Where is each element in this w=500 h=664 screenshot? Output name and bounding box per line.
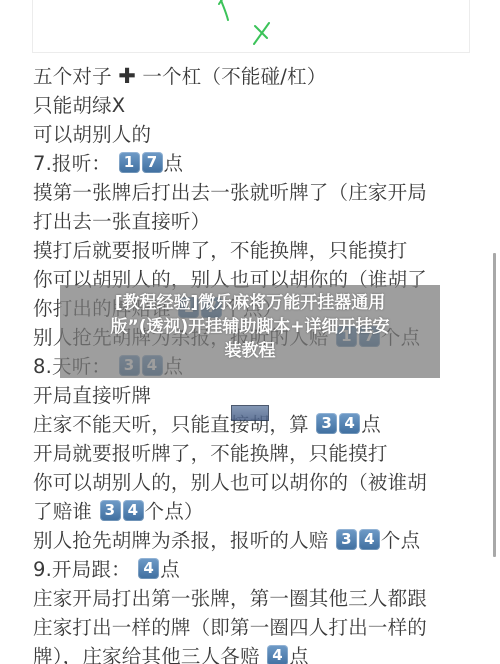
line-text: 你可以胡别人的，别人也可以胡你的（被谁胡: [33, 471, 427, 494]
line-text: 了赔谁: [33, 500, 99, 523]
number-tile-icon: 4: [359, 529, 380, 550]
line-text: 个点: [381, 529, 420, 552]
number-tile-icon: 4: [138, 558, 159, 579]
overlay-title-line-3: 装教程: [60, 339, 440, 363]
text-line: 摸第一张牌后打出去一张就听牌了（庄家开局: [33, 178, 463, 207]
number-tile-icon: 3: [100, 500, 121, 521]
text-line: 庄家打出一样的牌（即第一圈四人打出一样的: [33, 613, 463, 642]
text-line: 牌），庄家给其他三人各赔 4点: [33, 642, 463, 664]
text-line: 可以胡别人的: [33, 120, 463, 149]
text-line: 7.报听： 17点: [33, 149, 463, 178]
line-text: 庄家开局打出第一张牌，第一圈其他三人都跟: [33, 587, 427, 610]
title-overlay-banner[interactable]: [教程经验]微乐麻将万能开挂器通用 版”(透视)开挂辅助脚本+详细开挂安 装教程: [60, 285, 440, 378]
text-line: 9.开局跟： 4点: [33, 555, 463, 584]
line-text: 只能胡绿X: [33, 94, 125, 117]
top-image-card: [32, 0, 470, 53]
line-text: 摸第一张牌后打出去一张就听牌了（庄家开局: [33, 181, 427, 204]
overlay-title-line-2: 版”(透视)开挂辅助脚本+详细开挂安: [60, 315, 440, 339]
line-text: 点: [160, 558, 180, 581]
tile-thumbnail-artifact: [231, 405, 269, 421]
text-line: 你可以胡别人的，别人也可以胡你的（被谁胡: [33, 468, 463, 497]
line-text: 开局直接听牌: [33, 384, 151, 407]
number-tile-icon: 1: [119, 152, 140, 173]
line-text: 五个对子: [33, 65, 118, 88]
overlay-title-line-1: [教程经验]微乐麻将万能开挂器通用: [60, 291, 440, 315]
plus-icon: ✚: [118, 62, 136, 91]
number-tile-icon: 4: [123, 500, 144, 521]
number-tile-icon: 4: [267, 645, 288, 664]
number-tile-icon: 3: [336, 529, 357, 550]
text-line: 别人抢先胡牌为杀报，报听的人赔 34个点: [33, 526, 463, 555]
line-text: 打出去一张直接听）: [33, 210, 210, 233]
line-text: 点: [289, 645, 309, 664]
line-text: 摸打后就要报听牌了，不能换牌，只能摸打: [33, 239, 407, 262]
line-text: 个点）: [145, 500, 204, 523]
line-text: 可以胡别人的: [33, 123, 151, 146]
line-text: 庄家不能天听，只能直接胡，算: [33, 413, 315, 436]
line-text: 7.报听：: [33, 152, 118, 175]
text-line: 五个对子 ✚ 一个杠（不能碰/杠）: [33, 62, 463, 91]
text-line: 打出去一张直接听）: [33, 207, 463, 236]
line-text: 点: [164, 152, 184, 175]
green-marks-icon: [33, 0, 469, 52]
number-tile-icon: 7: [142, 152, 163, 173]
vertical-scrollbar[interactable]: [493, 253, 496, 557]
text-line: 开局就要报听牌了，不能换牌，只能摸打: [33, 439, 463, 468]
text-line: 只能胡绿X: [33, 91, 463, 120]
line-text: 开局就要报听牌了，不能换牌，只能摸打: [33, 442, 388, 465]
line-text: 一个杠（不能碰/杠）: [136, 65, 326, 88]
number-tile-icon: 3: [316, 413, 337, 434]
number-tile-icon: 4: [339, 413, 360, 434]
text-line: 了赔谁 34个点）: [33, 497, 463, 526]
line-text: 9.开局跟：: [33, 558, 137, 581]
line-text: 庄家打出一样的牌（即第一圈四人打出一样的: [33, 616, 427, 639]
line-text: 牌），庄家给其他三人各赔: [33, 645, 266, 664]
text-line: 摸打后就要报听牌了，不能换牌，只能摸打: [33, 236, 463, 265]
line-text: 点: [361, 413, 381, 436]
line-text: 别人抢先胡牌为杀报，报听的人赔: [33, 529, 335, 552]
text-line: 庄家开局打出第一张牌，第一圈其他三人都跟: [33, 584, 463, 613]
